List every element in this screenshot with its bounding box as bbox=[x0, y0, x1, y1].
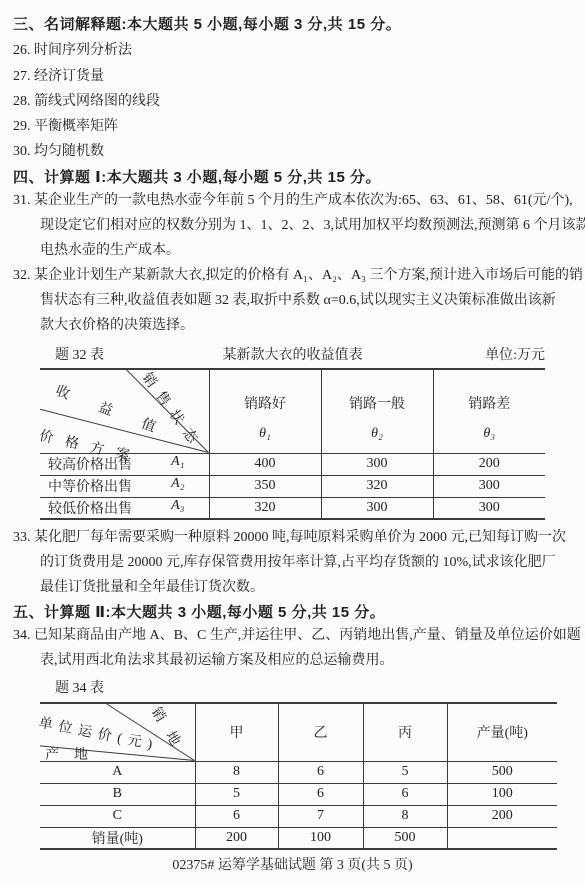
column-header-label: 销路一般 bbox=[349, 393, 405, 413]
payoff-value: 300 bbox=[433, 475, 545, 497]
payoff-value: 400 bbox=[209, 453, 321, 475]
term-question-26: 26. 时间序列分析法 bbox=[13, 41, 132, 61]
demand-value: 200 bbox=[195, 827, 278, 849]
payoff-value: 300 bbox=[321, 497, 433, 519]
row-label: 中等价格出售 bbox=[48, 476, 132, 496]
section-heading-4: 四、计算题 Ⅰ:本大题共 3 小题,每小题 5 分,共 15 分。 bbox=[13, 166, 381, 187]
row-label: 销量(吨) bbox=[40, 827, 195, 849]
table-34-corner-cell: 单位运价(元) 销地 产地 bbox=[40, 703, 195, 761]
question-33-line: 33. 某化肥厂每年需要采购一种原料 20000 吨,每吨原料采购单价为 200… bbox=[13, 528, 566, 548]
freight-value: 6 bbox=[278, 761, 363, 783]
freight-value: 6 bbox=[278, 783, 363, 805]
term-question-27: 27. 经济订货量 bbox=[13, 67, 104, 87]
section-heading-3: 三、名词解释题:本大题共 5 小题,每小题 3 分,共 15 分。 bbox=[13, 13, 401, 34]
supply-value: 200 bbox=[447, 805, 557, 827]
payoff-value: 350 bbox=[209, 475, 321, 497]
column-header: 销路一般 θ₂ bbox=[321, 369, 433, 453]
freight-value: 8 bbox=[195, 761, 278, 783]
term-question-28: 28. 箭线式网络图的线段 bbox=[13, 92, 160, 112]
term-question-30: 30. 均匀随机数 bbox=[13, 142, 104, 162]
table-34-caption-number: 题 34 表 bbox=[55, 677, 104, 697]
plan-variable: A₂ bbox=[171, 476, 184, 496]
question-31-line: 电热水壶的生产成本。 bbox=[40, 241, 180, 261]
column-header: 销路好 θ₁ bbox=[209, 369, 321, 453]
table-32-caption-unit: 单位:万元 bbox=[485, 344, 545, 364]
freight-value: 6 bbox=[195, 805, 278, 827]
plan-variable: A₁ bbox=[171, 454, 184, 474]
theta-symbol: θ₂ bbox=[371, 426, 383, 442]
row-label: A bbox=[40, 761, 195, 783]
table-32-caption-title: 某新款大衣的收益值表 bbox=[40, 344, 545, 364]
supply-value: 100 bbox=[447, 783, 557, 805]
freight-value: 5 bbox=[363, 761, 447, 783]
payoff-value: 200 bbox=[433, 453, 545, 475]
question-31-line: 31. 某企业生产的一款电热水壶今年前 5 个月的生产成本依次为:65、63、6… bbox=[13, 191, 573, 211]
theta-symbol: θ₁ bbox=[259, 426, 271, 442]
column-header: 产量(吨) bbox=[447, 703, 557, 761]
payoff-value: 320 bbox=[209, 497, 321, 519]
supply-value: 500 bbox=[447, 761, 557, 783]
freight-value: 7 bbox=[278, 805, 363, 827]
payoff-value: 300 bbox=[321, 453, 433, 475]
column-header-label: 销路差 bbox=[468, 393, 510, 413]
corner-label-origin: 产地 bbox=[45, 744, 103, 764]
page-footer: 02375# 运筹学基础试题 第 3 页(共 5 页) bbox=[0, 854, 585, 874]
question-32-line: 32. 某企业计划生产某新款大衣,拟定的价格有 A₁、A₂、A₃ 三个方案,预计… bbox=[13, 266, 583, 286]
question-33-line: 的订货费用是 20000 元,库存保管费用按年率计算,占平均存货额的 10%,试… bbox=[40, 553, 556, 573]
row-label: B bbox=[40, 783, 195, 805]
demand-value: 500 bbox=[363, 827, 447, 849]
table-32-payoff: 收益值 销售状态 价格方案 销路好 θ₁ 销路一般 θ₂ 销路差 θ₃ bbox=[40, 368, 545, 520]
column-header: 甲 bbox=[195, 703, 278, 761]
column-header-label: 销路好 bbox=[244, 393, 286, 413]
term-question-29: 29. 平衡概率矩阵 bbox=[13, 117, 118, 137]
freight-value: 5 bbox=[195, 783, 278, 805]
empty-cell bbox=[447, 827, 557, 849]
question-33-line: 最佳订货批量和全年最佳订货次数。 bbox=[40, 578, 264, 598]
row-label: 较低价格出售 bbox=[48, 498, 132, 518]
question-32-line: 售状态有三种,收益值表如题 32 表,取折中系数 α=0.6,试以现实主义决策标… bbox=[40, 291, 556, 311]
payoff-value: 300 bbox=[433, 497, 545, 519]
question-32-line: 款大衣价格的决策选择。 bbox=[40, 316, 194, 336]
section-heading-5: 五、计算题 Ⅱ:本大题共 3 小题,每小题 5 分,共 15 分。 bbox=[13, 601, 385, 622]
column-header: 销路差 θ₃ bbox=[433, 369, 545, 453]
freight-value: 8 bbox=[363, 805, 447, 827]
row-label-cell: 中等价格出售 A₂ bbox=[40, 475, 209, 497]
column-header: 乙 bbox=[278, 703, 363, 761]
demand-value: 100 bbox=[278, 827, 363, 849]
row-label-cell: 较低价格出售 A₃ bbox=[40, 497, 209, 519]
freight-value: 6 bbox=[363, 783, 447, 805]
question-31-line: 现设定它们相对应的权数分别为 1、1、2、2、3,试用加权平均数预测法,预测第 … bbox=[40, 216, 585, 236]
question-34-line: 表,试用西北角法求其最初运输方案及相应的总运输费用。 bbox=[40, 651, 394, 671]
plan-variable: A₃ bbox=[171, 498, 184, 518]
row-label: C bbox=[40, 805, 195, 827]
payoff-value: 320 bbox=[321, 475, 433, 497]
question-34-line: 34. 已知某商品由产地 A、B、C 生产,并运往甲、乙、丙销地出售,产量、销量… bbox=[13, 626, 585, 646]
exam-page: 三、名词解释题:本大题共 5 小题,每小题 3 分,共 15 分。 26. 时间… bbox=[0, 0, 585, 885]
table-32-corner-cell: 收益值 销售状态 价格方案 bbox=[40, 369, 209, 453]
column-header: 丙 bbox=[363, 703, 447, 761]
theta-symbol: θ₃ bbox=[483, 426, 495, 442]
table-34-transport: 单位运价(元) 销地 产地 甲 乙 丙 产量(吨) A 8 6 5 500 B … bbox=[40, 702, 557, 850]
